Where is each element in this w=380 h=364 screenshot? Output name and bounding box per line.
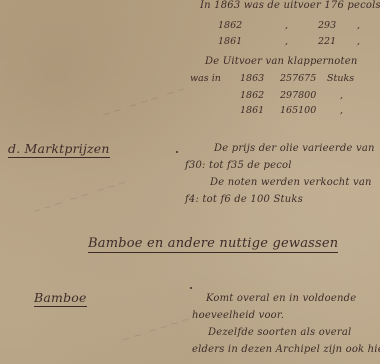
value-297800: 297800 (280, 90, 316, 101)
year-1861-nuts: 1861 (240, 105, 264, 116)
export-oil-line: In 1863 was de uitvoer 176 pecols (200, 0, 380, 11)
ditto-mark: , (340, 105, 343, 116)
section-label-marktprijzen: d. Marktprijzen (8, 141, 110, 158)
year-1862-nuts: 1862 (240, 90, 264, 101)
section-heading-bamboe: Bamboe en andere nuttige gewassen (88, 236, 338, 253)
unit-stuks: Stuks (327, 73, 354, 84)
value-257675: 257675 (280, 73, 316, 84)
bleed-through-text: ~~~ ~~ ~~~ (30, 175, 130, 218)
ditto-mark: , (285, 20, 288, 31)
ditto-mark: , (340, 90, 343, 101)
nut-prefix: was in (190, 73, 221, 84)
bleed-through-text: ~~ ~~~ ~~ (100, 81, 189, 121)
ink-dot (190, 287, 192, 289)
market-price-line-4: f4: tot f6 de 100 Stuks (185, 194, 303, 205)
market-price-line-1: De prijs der olie varieerde van (214, 143, 375, 154)
bamboe-line-3: Dezelfde soorten als overal (208, 327, 351, 338)
ditto-mark: , (357, 36, 360, 47)
year-1861: 1861 (218, 36, 242, 47)
ditto-mark: , (285, 36, 288, 47)
year-1863: 1863 (240, 73, 264, 84)
value-165100: 165100 (280, 105, 316, 116)
ink-dot (176, 151, 178, 153)
bamboe-line-4: elders in dezen Archipel zijn ook hier (192, 344, 380, 355)
market-price-line-3: De noten werden verkocht van (210, 177, 372, 188)
section-label-bamboe: Bamboe (34, 290, 87, 307)
value-221: 221 (318, 36, 336, 47)
bamboe-line-2: hoeveelheid voor. (192, 310, 284, 321)
market-price-line-2: f30: tot f35 de pecol (185, 160, 292, 171)
year-1862: 1862 (218, 20, 242, 31)
export-nuts-line: De Uitvoer van klappernoten (205, 56, 358, 67)
bamboe-line-1: Komt overal en in voldoende (206, 293, 356, 304)
value-293: 293 (318, 20, 336, 31)
ditto-mark: , (357, 20, 360, 31)
